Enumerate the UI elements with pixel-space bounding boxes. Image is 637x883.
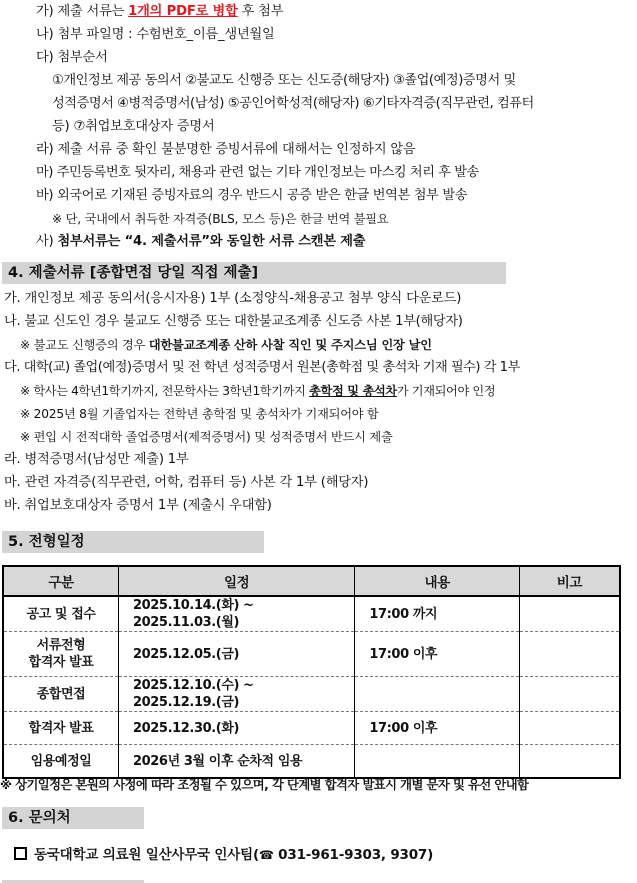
note-ga-suffix: 후 첨부 — [238, 4, 284, 19]
s4-da-note1-suffix: 가 기재되어야 인정 — [397, 384, 495, 398]
note-da-line2: 성적증명서 ④병적증명서(남성) ⑤공인어학성적(해당자) ⑥기타자격증(직무관… — [52, 95, 534, 113]
cell-content — [355, 745, 520, 779]
cell-note — [519, 677, 620, 712]
table-row: 합격자 발표 2025.12.30.(화) 17:00 이후 — [3, 712, 620, 745]
col-header-note: 비고 — [519, 566, 620, 596]
s4-item-ma: 마. 관련 자격증(직무관련, 어학, 컴퓨터 등) 사본 각 1부 (해당자) — [4, 474, 368, 492]
cell-category: 임용예정일 — [3, 745, 119, 779]
cell-content: 17:00 이후 — [355, 632, 520, 677]
checkbox-square-icon — [14, 847, 27, 860]
note-ra: 라) 제출 서류 중 확인 불분명한 증빙서류에 대해서는 인정하지 않음 — [36, 141, 415, 159]
s4-da-note1-prefix: ※ 학사는 4학년1학기까지, 전문학사는 3학년1학기까지 — [20, 384, 309, 398]
s4-item-na-note: ※ 불교도 신행증의 경우 대한불교조계종 산하 사찰 직인 및 주지스님 인장… — [20, 336, 432, 354]
note-ba: 바) 외국어로 기재된 증빙자료의 경우 반드시 공증 받은 한글 번역본 첨부… — [36, 187, 467, 205]
s4-item-da-note1: ※ 학사는 4학년1학기까지, 전문학사는 3학년1학기까지 총학점 및 총석차… — [20, 382, 495, 400]
s4-item-ra: 라. 병적증명서(남성만 제출) 1부 — [4, 451, 189, 469]
cell-content: 17:00 이후 — [355, 712, 520, 745]
note-ga: 가) 제출 서류는 1개의 PDF로 병합 후 첨부 — [36, 3, 283, 21]
cell-schedule: 2025.12.30.(화) — [119, 712, 355, 745]
note-ga-text: 가) 제출 서류는 — [36, 4, 128, 19]
cell-category-line1: 서류전형 — [8, 637, 114, 654]
s4-na-note-prefix: ※ 불교도 신행증의 경우 — [20, 338, 149, 352]
table-row: 공고 및 접수 2025.10.14.(화) ~ 2025.11.03.(월) … — [3, 596, 620, 632]
note-da: 다) 첨부순서 — [36, 49, 108, 67]
cell-schedule: 2025.10.14.(화) ~ 2025.11.03.(월) — [119, 596, 355, 632]
cell-note — [519, 632, 620, 677]
col-header-content: 내용 — [355, 566, 520, 596]
s4-item-ba: 바. 취업보호대상자 증명서 1부 (제출시 우대함) — [4, 497, 272, 515]
section-5-title: 5. 전형일정 — [2, 531, 264, 553]
s4-item-na: 나. 불교 신도인 경우 불교도 신행증 또는 대한불교조계종 신도증 사본 1… — [4, 313, 463, 331]
cell-content — [355, 677, 520, 712]
note-na: 나) 첨부 파일명 : 수험번호_이름_생년월일 — [36, 26, 275, 44]
cell-category: 서류전형 합격자 발표 — [3, 632, 119, 677]
cell-schedule: 2025.12.10.(수) ~ 2025.12.19.(금) — [119, 677, 355, 712]
col-header-category: 구분 — [3, 566, 119, 596]
note-ma: 마) 주민등록번호 뒷자리, 채용과 관련 없는 기타 개인정보는 마스킹 처리… — [36, 164, 479, 182]
cell-category-line2: 합격자 발표 — [8, 654, 114, 671]
s4-da-note1-bold: 총학점 및 총석차 — [309, 384, 397, 398]
schedule-table: 구분 일정 내용 비고 공고 및 접수 2025.10.14.(화) ~ 202… — [2, 565, 621, 779]
note-sa: 사) 첨부서류는 “4. 제출서류”와 동일한 서류 스캔본 제출 — [36, 233, 365, 251]
contact-info: 동국대학교 의료원 일산사무국 인사팀(☎ 031-961-9303, 9307… — [14, 846, 433, 864]
phone-icon: ☎ — [259, 848, 274, 862]
s4-item-da: 다. 대학(교) 졸업(예정)증명서 및 전 학년 성적증명서 원본(총학점 및… — [4, 359, 520, 377]
table-header-row: 구분 일정 내용 비고 — [3, 566, 620, 596]
cell-note — [519, 596, 620, 632]
cell-category: 공고 및 접수 — [3, 596, 119, 632]
contact-org: 동국대학교 의료원 일산사무국 인사팀( — [34, 847, 259, 863]
cell-note — [519, 712, 620, 745]
cell-schedule: 2025.12.05.(금) — [119, 632, 355, 677]
note-da-line1: ①개인정보 제공 동의서 ②불교도 신행증 또는 신도증(해당자) ③졸업(예정… — [52, 72, 516, 90]
s4-item-da-note3: ※ 편입 시 전적대학 졸업증명서(제적증명서) 및 성적증명서 반드시 제출 — [20, 428, 393, 446]
table-row: 임용예정일 2026년 3월 이후 순차적 임용 — [3, 745, 620, 779]
cell-category: 종합면접 — [3, 677, 119, 712]
cell-category: 합격자 발표 — [3, 712, 119, 745]
s4-item-da-note2: ※ 2025년 8월 기졸업자는 전학년 총학점 및 총석차가 기재되어야 함 — [20, 405, 379, 423]
section-6-title: 6. 문의처 — [2, 807, 144, 829]
contact-phone: 031-961-9303, 9307) — [274, 847, 433, 863]
cell-schedule: 2026년 3월 이후 순차적 임용 — [119, 745, 355, 779]
note-ba-exception: ※ 단, 국내에서 취득한 자격증(BLS, 모스 등)은 한글 번역 불필요 — [52, 210, 388, 228]
schedule-footnote: ※ 상기일정은 본원의 사정에 따라 조정될 수 있으며, 각 단계별 합격자 … — [0, 776, 528, 794]
cell-content: 17:00 까지 — [355, 596, 520, 632]
col-header-schedule: 일정 — [119, 566, 355, 596]
table-row: 종합면접 2025.12.10.(수) ~ 2025.12.19.(금) — [3, 677, 620, 712]
pdf-merge-highlight: 1개의 PDF로 병합 — [128, 4, 237, 19]
note-da-line3: 등) ⑦취업보호대상자 증명서 — [52, 118, 214, 136]
section-4-title: 4. 제출서류 [종합면접 당일 직접 제출] — [2, 262, 506, 284]
note-sa-prefix: 사) — [36, 234, 57, 249]
note-sa-bold: 첨부서류는 “4. 제출서류”와 동일한 서류 스캔본 제출 — [57, 234, 365, 249]
s4-na-note-bold: 대한불교조계종 산하 사찰 직인 및 주지스님 인장 날인 — [149, 338, 432, 352]
s4-item-ga: 가. 개인정보 제공 동의서(응시자용) 1부 (소정양식-채용공고 첨부 양식… — [4, 290, 461, 308]
cell-note — [519, 745, 620, 779]
table-row: 서류전형 합격자 발표 2025.12.05.(금) 17:00 이후 — [3, 632, 620, 677]
